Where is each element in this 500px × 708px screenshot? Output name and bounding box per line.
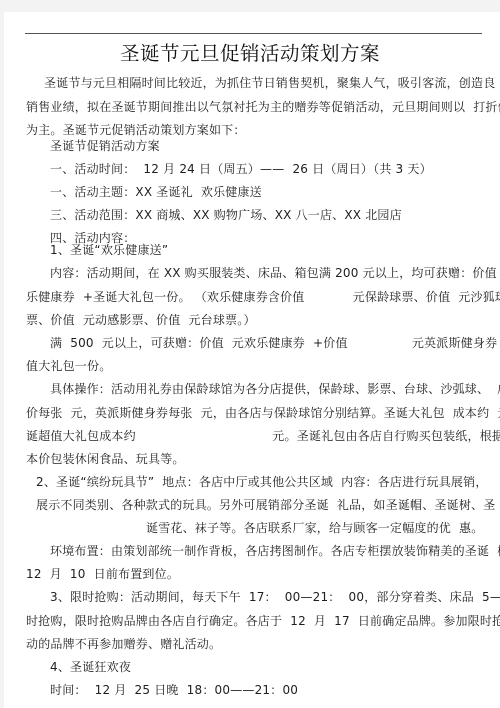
paragraph-line: 圣诞节促销活动方案 bbox=[50, 137, 160, 154]
paragraph-line: 一、活动时间： 12 月 24 日（周五）—— 26 日（周日）（共 3 天） bbox=[50, 160, 432, 177]
paragraph-line: 时间： 12 月 25 日晚 18：00——21：00 bbox=[50, 681, 298, 698]
paragraph-line: 环境布置：由策划部统一制作背板，各店拷图制作。各店专柜摆放装饰精美的圣诞 树， bbox=[50, 542, 500, 559]
paragraph-line: 1、圣诞“欢乐健康送” bbox=[50, 241, 168, 258]
paragraph-line: 三、活动范围：XX 商城、XX 购物广场、XX 八一店、XX 北园店 bbox=[50, 206, 402, 223]
paragraph-line: 内容：活动期间，在 XX 购买服装类、床品、箱包满 200 元以上，均可获赠：价… bbox=[50, 264, 500, 281]
paragraph-line: 具体操作：活动用礼券由保龄球馆为各分店提供，保龄球、影票、台球、沙弧球、 成本 bbox=[50, 380, 500, 397]
paragraph-line: 满 500 元以上，可获赠：价值 元欢乐健康券 +价值 元英派斯健身券 +圣诞超 bbox=[50, 334, 500, 351]
document-title: 圣诞节元旦促销活动策划方案 bbox=[0, 38, 500, 66]
paragraph-line: 值大礼包一份。 bbox=[26, 357, 111, 374]
paragraph-line: 本价包装休闲食品、玩具等。 bbox=[26, 450, 185, 467]
paragraph-line: 票、价值 元动感影票、价值 元台球票。） bbox=[26, 311, 256, 328]
paragraph-line: 一、活动主题：XX 圣诞礼 欢乐健康送 bbox=[50, 183, 262, 200]
paragraph-line: 圣诞节与元旦相隔时间比较近，为抓住节日销售契机，聚集人气，吸引客流，创造良 好的 bbox=[44, 74, 500, 91]
paragraph-line: 2、圣诞“缤纷玩具节” 地点：各店中厅或其他公共区域 内容：各店进行玩具展销， bbox=[36, 473, 488, 490]
paragraph-line: 诞雪花、袜子等。各店联系厂家，给与顾客一定幅度的优 惠。 bbox=[146, 519, 483, 536]
paragraph-line: 为主。圣诞节元促销活动策划方案如下： bbox=[26, 121, 246, 138]
paragraph-line: 12 月 10 日前布置到位。 bbox=[26, 565, 179, 582]
paragraph-line: 4、圣诞狂欢夜 bbox=[50, 658, 131, 675]
paragraph-line: 诞超值大礼包成本约 元。圣诞礼包由各店自行购买包装纸，根据成 bbox=[26, 427, 500, 444]
paragraph-line: 动的品牌不再参加赠券、赠礼活动。 bbox=[26, 635, 221, 652]
paragraph-line: 乐健康券 +圣诞大礼包一份。 （欢乐健康券含价值 元保龄球票、价值 元沙狐球 bbox=[26, 288, 500, 305]
paragraph-line: 展示不同类别、各种款式的玩具。另外可展销部分圣诞 礼品，如圣诞帽、圣诞树、圣 bbox=[36, 496, 495, 513]
paragraph-line: 3、限时抢购：活动期间，每天下午 17： 00—21： 00，部分穿着类、床品 … bbox=[50, 588, 500, 605]
paragraph-line: 时抢购，限时抢购品牌由各店自行确定。各店于 12 月 17 日前确定品牌。参加限… bbox=[26, 612, 500, 629]
paragraph-line: 销售业绩，拟在圣诞节期间推出以气氛衬托为主的赠券等促销活动，元旦期间则以 打折促… bbox=[26, 98, 500, 115]
header-rule bbox=[25, 33, 482, 34]
paragraph-line: 价每张 元，英派斯健身券每张 元，由各店与保龄球馆分别结算。圣诞大礼包 成本约 … bbox=[26, 404, 500, 421]
